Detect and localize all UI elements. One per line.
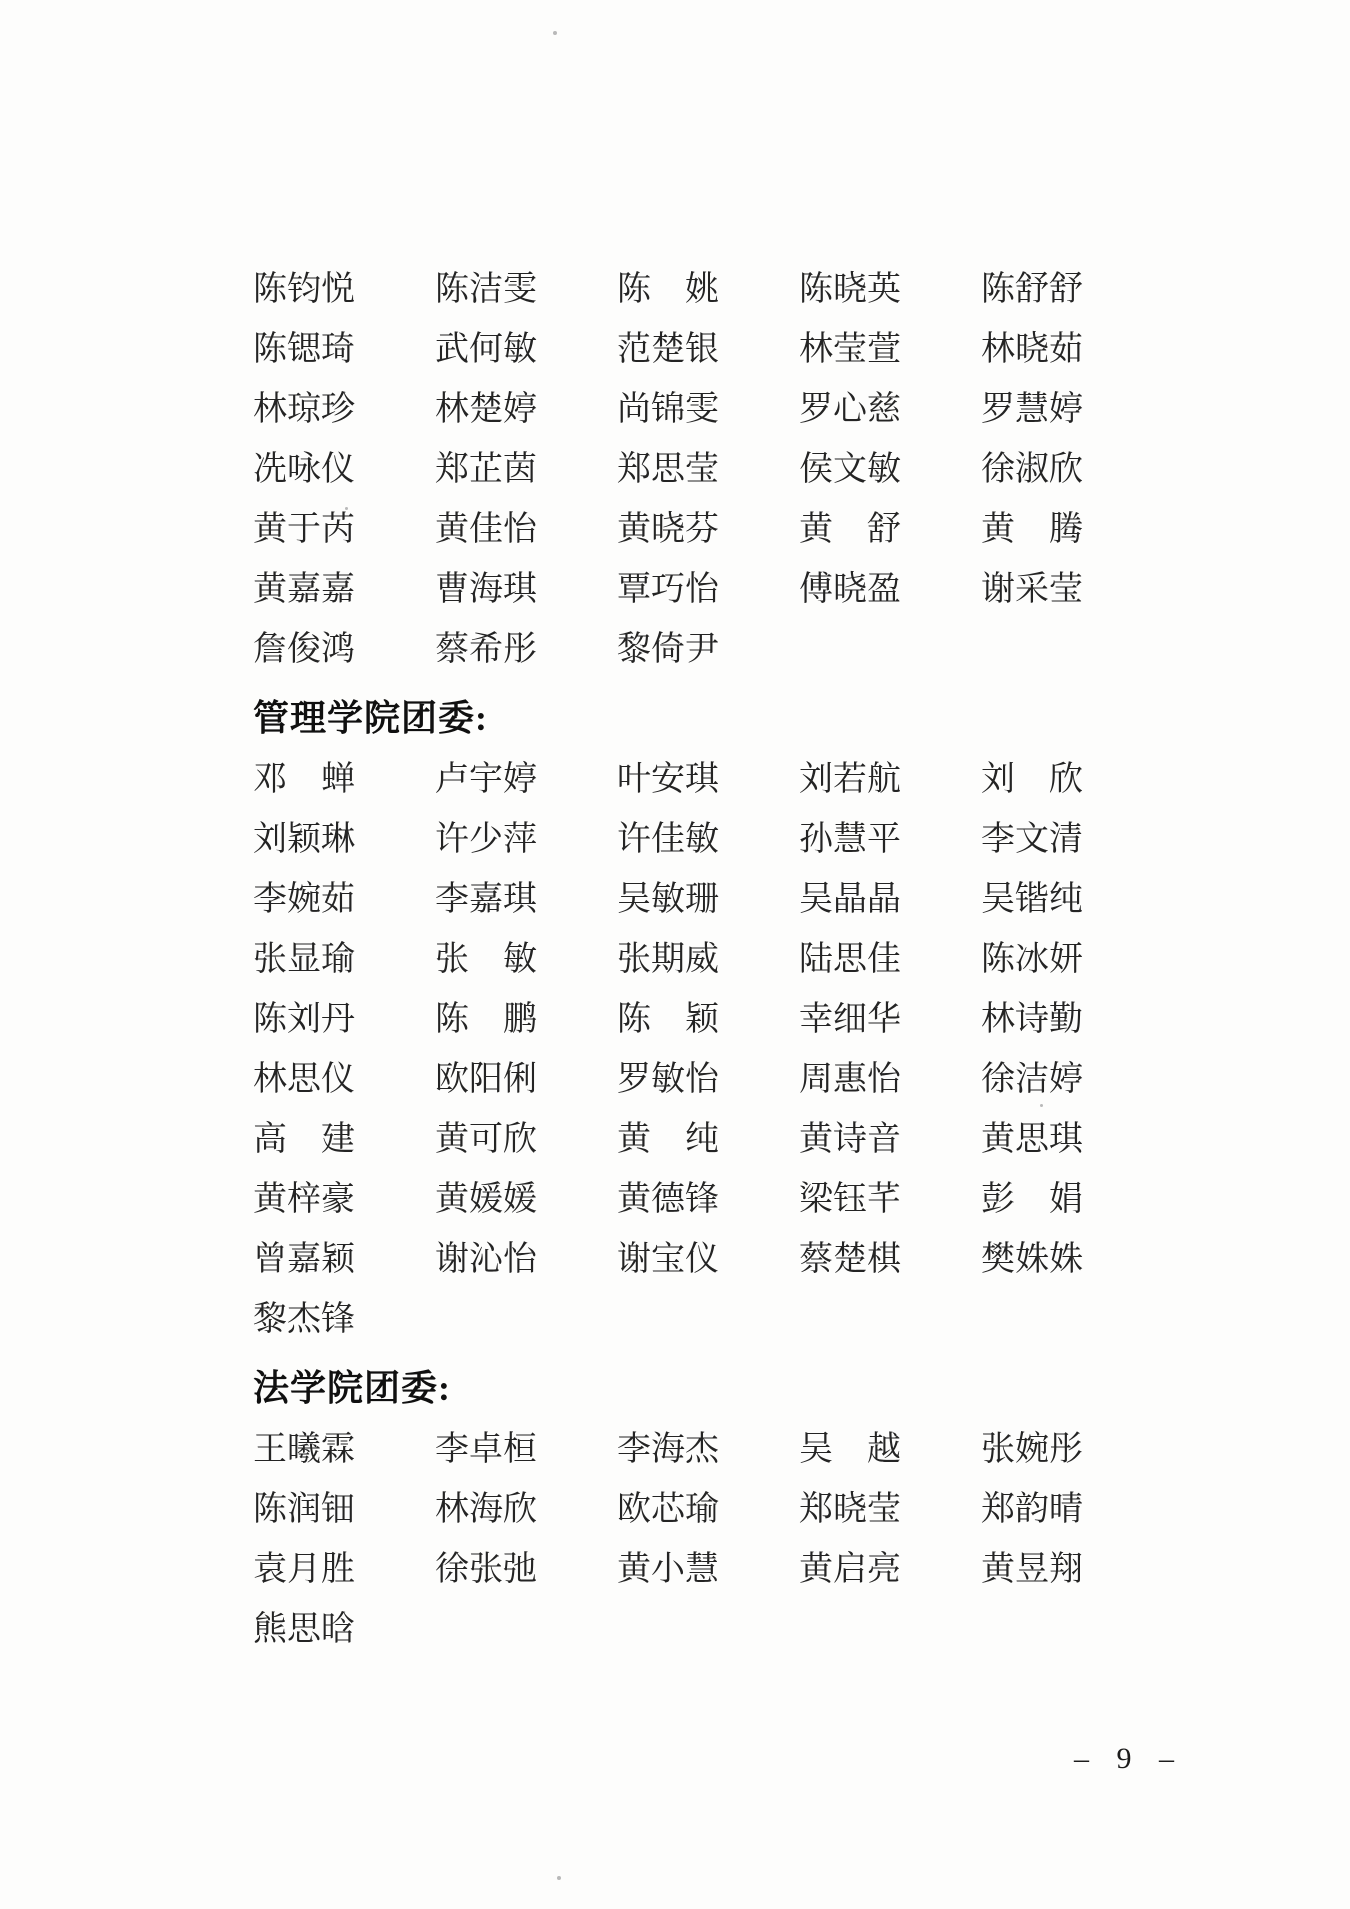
person-name: 许佳敏 (617, 823, 719, 857)
person-name: 黄思琪 (981, 1123, 1083, 1157)
person-name: 谢采莹 (981, 573, 1083, 607)
name-row: 刘颖琳许少萍许佳敏孙慧平李文清 (253, 810, 1113, 870)
person-name: 欧阳俐 (435, 1063, 537, 1097)
person-name: 黎杰锋 (253, 1303, 355, 1337)
person-name: 黄嘉嘉 (253, 573, 355, 607)
person-name: 陈刘丹 (253, 1003, 355, 1037)
person-name: 黄可欣 (435, 1123, 537, 1157)
person-name: 尚锦雯 (617, 393, 719, 427)
person-name: 蔡楚棋 (799, 1243, 901, 1277)
person-name: 黄舒 (799, 513, 901, 547)
name-row: 王曦霖李卓桓李海杰吴越张婉彤 (253, 1420, 1113, 1480)
person-name: 林晓茹 (981, 333, 1083, 367)
name-row: 陈钧悦陈洁雯陈姚陈晓英陈舒舒 (253, 260, 1113, 320)
person-name: 陈冰妍 (981, 943, 1083, 977)
scan-speck (553, 31, 557, 35)
name-row: 詹俊鸿蔡希彤黎倚尹 (253, 620, 1113, 680)
name-row: 黄嘉嘉曹海琪覃巧怡傅晓盈谢采莹 (253, 560, 1113, 620)
person-name: 林思仪 (253, 1063, 355, 1097)
person-name: 林莹萱 (799, 333, 901, 367)
person-name: 林诗勤 (981, 1003, 1083, 1037)
person-name: 许少萍 (435, 823, 537, 857)
person-name: 李卓桓 (435, 1433, 537, 1467)
person-name: 陈润钿 (253, 1493, 355, 1527)
person-name: 林海欣 (435, 1493, 537, 1527)
person-name: 蔡希彤 (435, 633, 537, 667)
section-header: 管理学院团委: (253, 680, 1113, 750)
person-name: 黄诗音 (799, 1123, 901, 1157)
name-row: 邓蝉卢宇婷叶安琪刘若航刘欣 (253, 750, 1113, 810)
person-name: 冼咏仪 (253, 453, 355, 487)
name-row: 黎杰锋 (253, 1290, 1113, 1350)
person-name: 曹海琪 (435, 573, 537, 607)
person-name: 徐洁婷 (981, 1063, 1083, 1097)
person-name: 幸细华 (799, 1003, 901, 1037)
name-row: 冼咏仪郑芷茵郑思莹侯文敏徐淑欣 (253, 440, 1113, 500)
person-name: 李文清 (981, 823, 1083, 857)
name-row: 高建黄可欣黄纯黄诗音黄思琪 (253, 1110, 1113, 1170)
person-name: 曾嘉颖 (253, 1243, 355, 1277)
person-name: 覃巧怡 (617, 573, 719, 607)
person-name: 陈舒舒 (981, 273, 1083, 307)
person-name: 陈洁雯 (435, 273, 537, 307)
person-name: 林楚婷 (435, 393, 537, 427)
person-name: 陈钧悦 (253, 273, 355, 307)
person-name: 詹俊鸿 (253, 633, 355, 667)
scanned-document-page: 陈钧悦陈洁雯陈姚陈晓英陈舒舒陈锶琦武何敏范楚银林莹萱林晓茹林琼珍林楚婷尚锦雯罗心… (0, 0, 1350, 1909)
person-name: 范楚银 (617, 333, 719, 367)
name-row: 林思仪欧阳俐罗敏怡周惠怡徐洁婷 (253, 1050, 1113, 1110)
person-name: 徐张弛 (435, 1553, 537, 1587)
person-name: 陆思佳 (799, 943, 901, 977)
person-name: 高建 (253, 1123, 355, 1157)
person-name: 李嘉琪 (435, 883, 537, 917)
name-row: 陈润钿林海欣欧芯瑜郑晓莹郑韵晴 (253, 1480, 1113, 1540)
person-name: 傅晓盈 (799, 573, 901, 607)
person-name: 罗敏怡 (617, 1063, 719, 1097)
person-name: 黄媛媛 (435, 1183, 537, 1217)
person-name: 陈锶琦 (253, 333, 355, 367)
person-name: 谢沁怡 (435, 1243, 537, 1277)
person-name: 吴锴纯 (981, 883, 1083, 917)
person-name: 叶安琪 (617, 763, 719, 797)
person-name: 武何敏 (435, 333, 537, 367)
person-name: 卢宇婷 (435, 763, 537, 797)
page-number: – 9 – (1060, 1742, 1190, 1776)
scan-speck (557, 1876, 561, 1880)
person-name: 黄昱翔 (981, 1553, 1083, 1587)
person-name: 郑芷茵 (435, 453, 537, 487)
person-name: 李婉茹 (253, 883, 355, 917)
person-name: 樊姝姝 (981, 1243, 1083, 1277)
name-row: 陈刘丹陈鹏陈颖幸细华林诗勤 (253, 990, 1113, 1050)
person-name: 黎倚尹 (617, 633, 719, 667)
person-name: 张敏 (435, 943, 537, 977)
name-row: 张显瑜张敏张期威陆思佳陈冰妍 (253, 930, 1113, 990)
name-row: 袁月胜徐张弛黄小慧黄启亮黄昱翔 (253, 1540, 1113, 1600)
person-name: 黄纯 (617, 1123, 719, 1157)
person-name: 吴敏珊 (617, 883, 719, 917)
person-name: 陈晓英 (799, 273, 901, 307)
person-name: 袁月胜 (253, 1553, 355, 1587)
person-name: 周惠怡 (799, 1063, 901, 1097)
person-name: 罗慧婷 (981, 393, 1083, 427)
person-name: 林琼珍 (253, 393, 355, 427)
name-row: 林琼珍林楚婷尚锦雯罗心慈罗慧婷 (253, 380, 1113, 440)
person-name: 刘欣 (981, 763, 1083, 797)
person-name: 陈鹏 (435, 1003, 537, 1037)
name-row: 曾嘉颖谢沁怡谢宝仪蔡楚棋樊姝姝 (253, 1230, 1113, 1290)
name-row: 黄梓豪黄媛媛黄德锋梁钰芊彭娟 (253, 1170, 1113, 1230)
person-name: 郑韵晴 (981, 1493, 1083, 1527)
person-name: 黄启亮 (799, 1553, 901, 1587)
section-header: 法学院团委: (253, 1350, 1113, 1420)
person-name: 吴晶晶 (799, 883, 901, 917)
person-name: 黄德锋 (617, 1183, 719, 1217)
person-name: 李海杰 (617, 1433, 719, 1467)
person-name: 张显瑜 (253, 943, 355, 977)
person-name: 彭娟 (981, 1183, 1083, 1217)
person-name: 郑晓莹 (799, 1493, 901, 1527)
person-name: 黄佳怡 (435, 513, 537, 547)
name-row: 李婉茹李嘉琪吴敏珊吴晶晶吴锴纯 (253, 870, 1113, 930)
name-roster: 陈钧悦陈洁雯陈姚陈晓英陈舒舒陈锶琦武何敏范楚银林莹萱林晓茹林琼珍林楚婷尚锦雯罗心… (253, 260, 1113, 1660)
person-name: 刘颖琳 (253, 823, 355, 857)
person-name: 邓蝉 (253, 763, 355, 797)
person-name: 熊思晗 (253, 1613, 355, 1647)
person-name: 孙慧平 (799, 823, 901, 857)
person-name: 张期威 (617, 943, 719, 977)
person-name: 侯文敏 (799, 453, 901, 487)
person-name: 黄梓豪 (253, 1183, 355, 1217)
person-name: 郑思莹 (617, 453, 719, 487)
person-name: 吴越 (799, 1433, 901, 1467)
person-name: 黄腾 (981, 513, 1083, 547)
person-name: 黄小慧 (617, 1553, 719, 1587)
person-name: 徐淑欣 (981, 453, 1083, 487)
person-name: 陈姚 (617, 273, 719, 307)
person-name: 张婉彤 (981, 1433, 1083, 1467)
person-name: 黄于芮 (253, 513, 355, 547)
person-name: 罗心慈 (799, 393, 901, 427)
person-name: 刘若航 (799, 763, 901, 797)
person-name: 黄晓芬 (617, 513, 719, 547)
person-name: 欧芯瑜 (617, 1493, 719, 1527)
person-name: 陈颖 (617, 1003, 719, 1037)
person-name: 王曦霖 (253, 1433, 355, 1467)
name-row: 黄于芮黄佳怡黄晓芬黄舒黄腾 (253, 500, 1113, 560)
name-row: 陈锶琦武何敏范楚银林莹萱林晓茹 (253, 320, 1113, 380)
person-name: 梁钰芊 (799, 1183, 901, 1217)
name-row: 熊思晗 (253, 1600, 1113, 1660)
person-name: 谢宝仪 (617, 1243, 719, 1277)
